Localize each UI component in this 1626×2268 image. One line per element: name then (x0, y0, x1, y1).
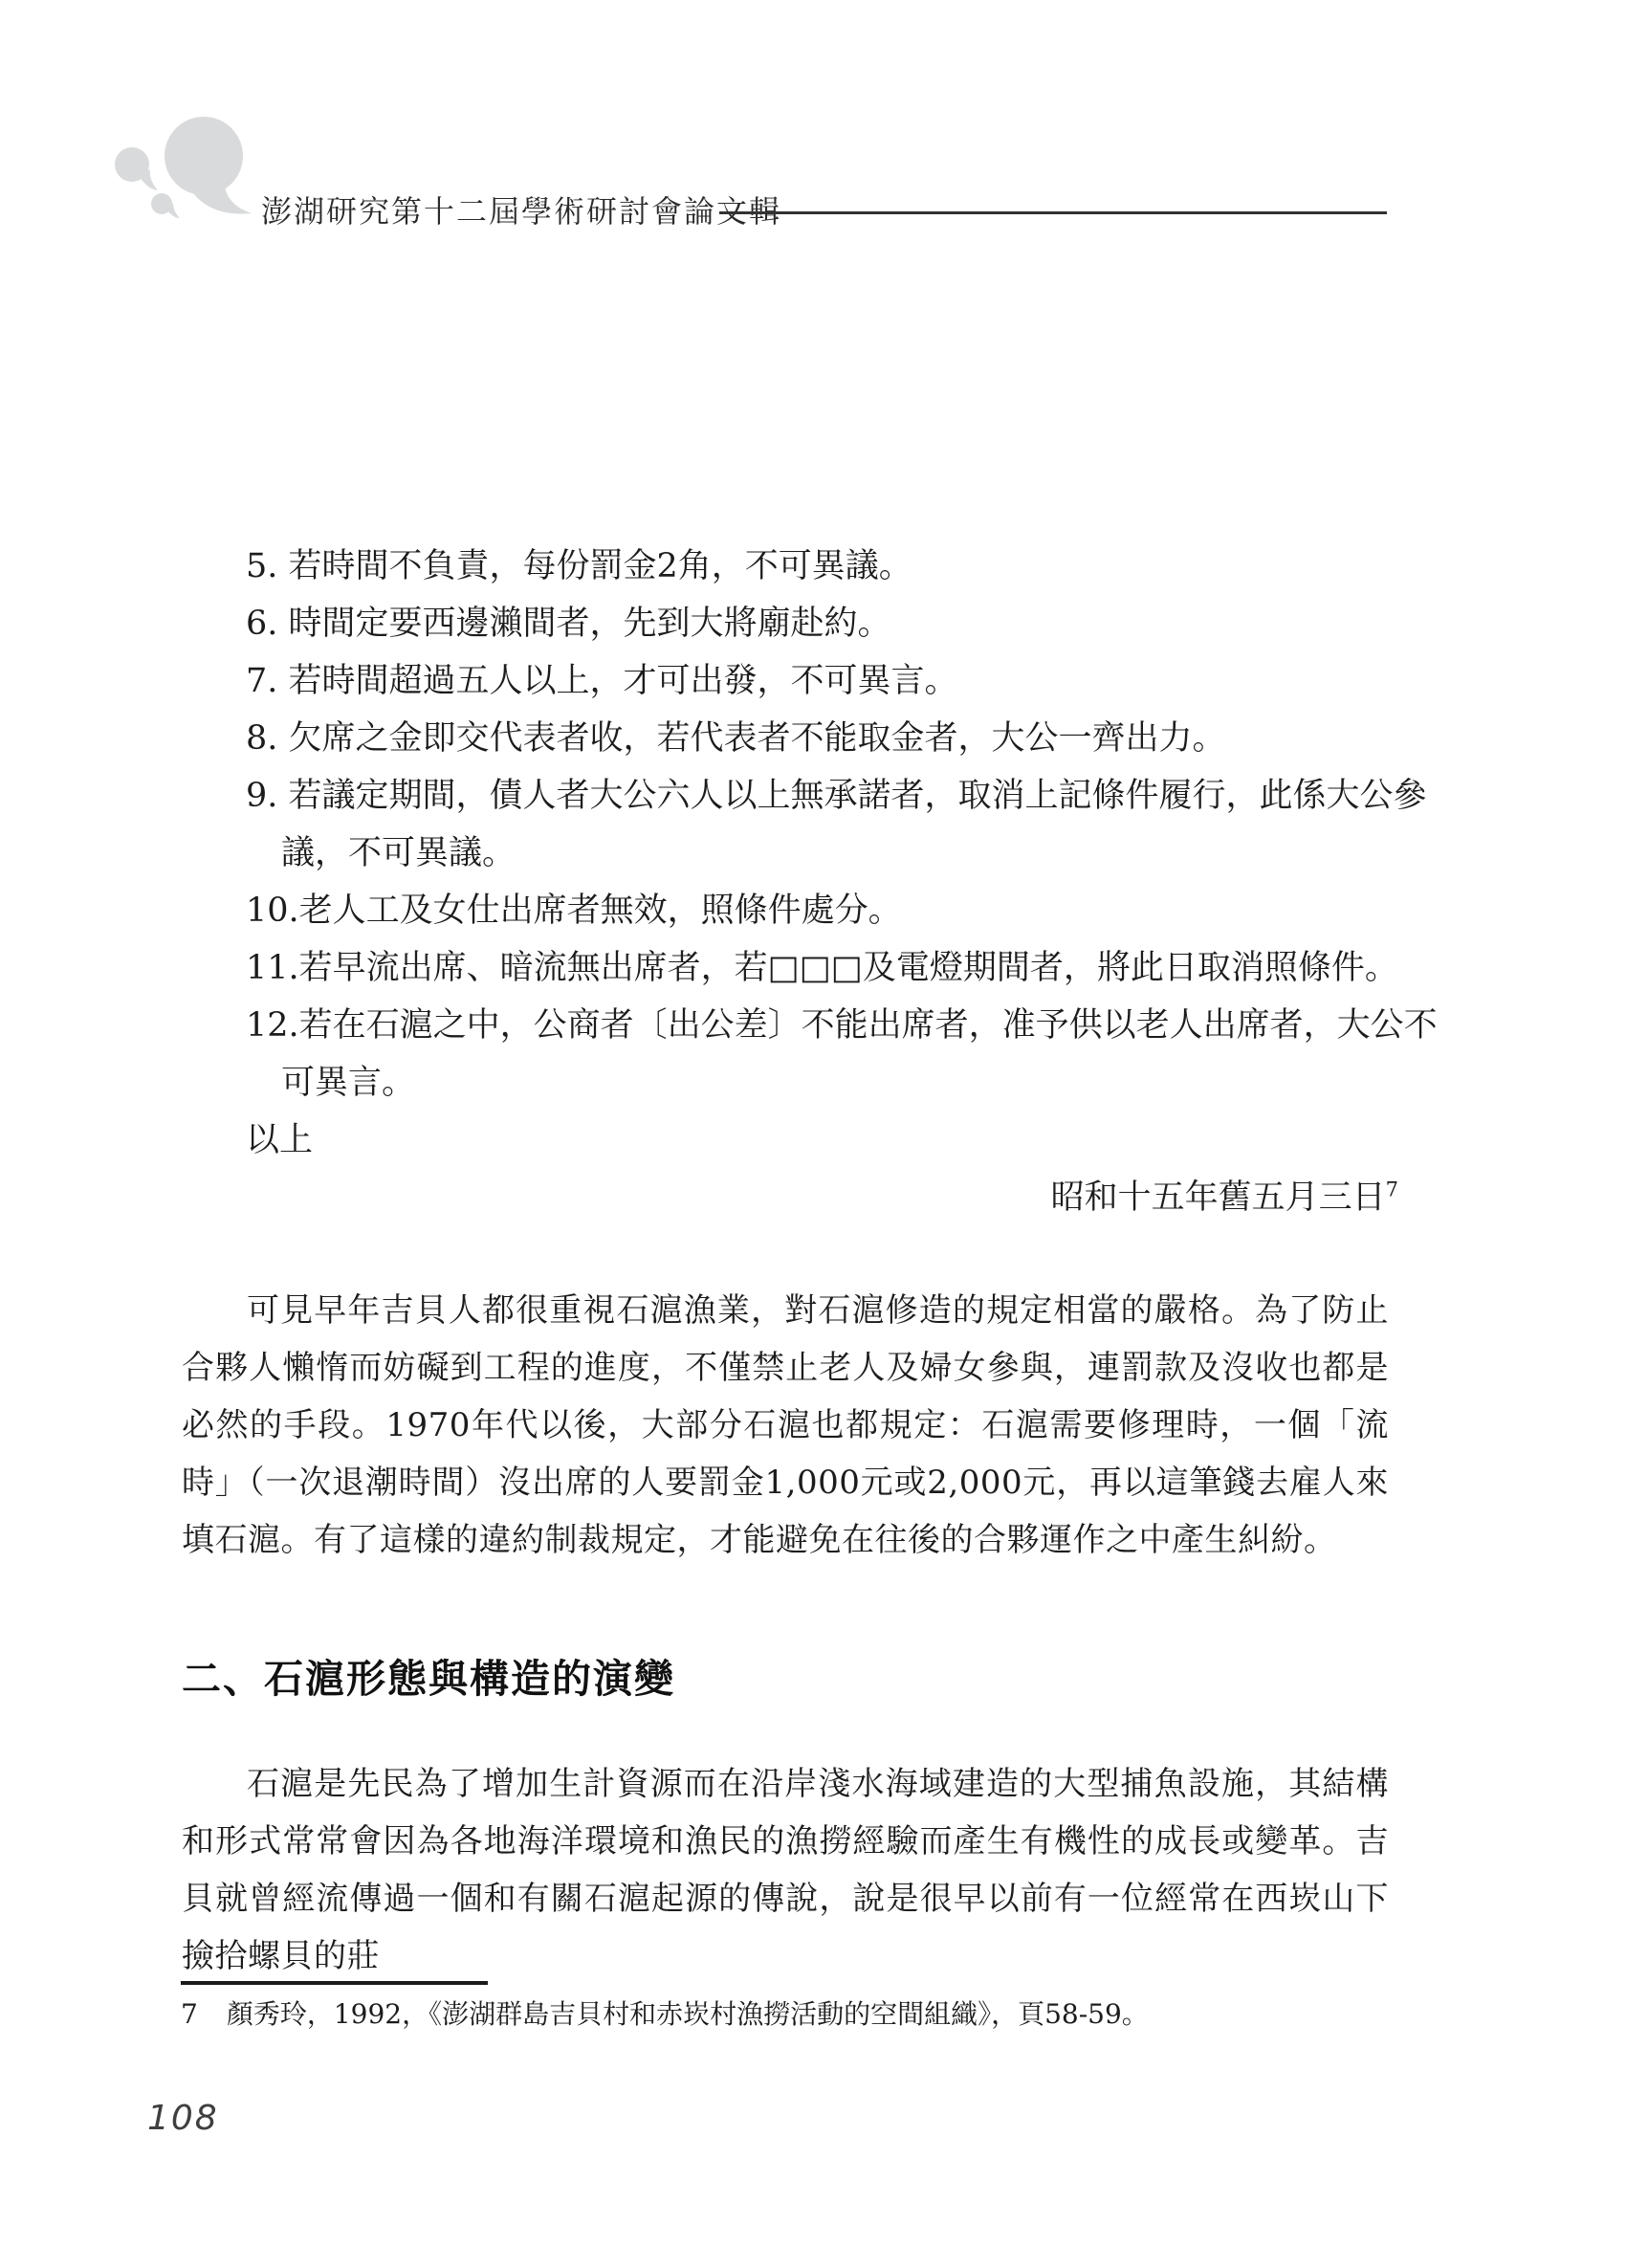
rule-item-5: 5. 若時間不負責，每份罰金2角，不可異議。 (246, 538, 1398, 595)
paragraph-1: 可見早年吉貝人都很重視石滬漁業，對石滬修造的規定相當的嚴格。為了防止合夥人懶惰而… (182, 1282, 1389, 1569)
header-rule (719, 211, 1387, 214)
rule-item-7: 7. 若時間超過五人以上，才可出發，不可異言。 (246, 652, 1398, 710)
section-heading: 二、石滬形態與構造的演變 (182, 1647, 675, 1704)
footnote-reference: 7 (1386, 1178, 1398, 1200)
header-title: 澎湖研究第十二屆學術研討會論文輯 (261, 187, 781, 231)
rules-list: 5. 若時間不負責，每份罰金2角，不可異議。 6. 時間定要西邊瀨間者，先到大將… (246, 538, 1398, 1226)
rule-item-11: 11.若早流出席、暗流無出席者，若□□□及電燈期間者，將此日取消照條件。 (246, 939, 1398, 997)
rule-item-12-continued: 可異言。 (246, 1054, 1398, 1112)
page-number: 108 (147, 2099, 219, 2138)
rule-item-12: 12.若在石滬之中，公商者〔出公差〕不能出席者，准予供以老人出席者，大公不 (246, 997, 1398, 1054)
rules-closing: 以上 (246, 1112, 1398, 1169)
rules-date-line: 昭和十五年舊五月三日7 (246, 1169, 1398, 1226)
rule-item-8: 8. 欠席之金即交代表者收，若代表者不能取金者，大公一齊出力。 (246, 710, 1398, 767)
rule-item-10: 10.老人工及女仕出席者無效，照條件處分。 (246, 882, 1398, 939)
rule-item-9: 9. 若議定期間，債人者大公六人以上無承諾者，取消上記條件履行，此係大公參 (246, 767, 1398, 825)
footnote-text: 顏秀玲，1992，《澎湖群島吉貝村和赤崁村漁撈活動的空間組織》，頁58-59。 (227, 1998, 1149, 2030)
speech-bubble-logo (77, 86, 287, 249)
rules-date: 昭和十五年舊五月三日 (1051, 1178, 1386, 1217)
paragraph-2: 石滬是先民為了增加生計資源而在沿岸淺水海域建造的大型捕魚設施，其結構和形式常常會… (182, 1755, 1389, 1985)
footnote-divider (181, 1981, 488, 1985)
footnote-number: 7 (181, 1995, 198, 2034)
footnote: 7顏秀玲，1992，《澎湖群島吉貝村和赤崁村漁撈活動的空間組織》，頁58-59。 (181, 1995, 1405, 2034)
document-page: 澎湖研究第十二屆學術研討會論文輯 5. 若時間不負責，每份罰金2角，不可異議。 … (0, 0, 1626, 2268)
rule-item-6: 6. 時間定要西邊瀨間者，先到大將廟赴約。 (246, 595, 1398, 652)
rule-item-9-continued: 議，不可異議。 (246, 825, 1398, 882)
